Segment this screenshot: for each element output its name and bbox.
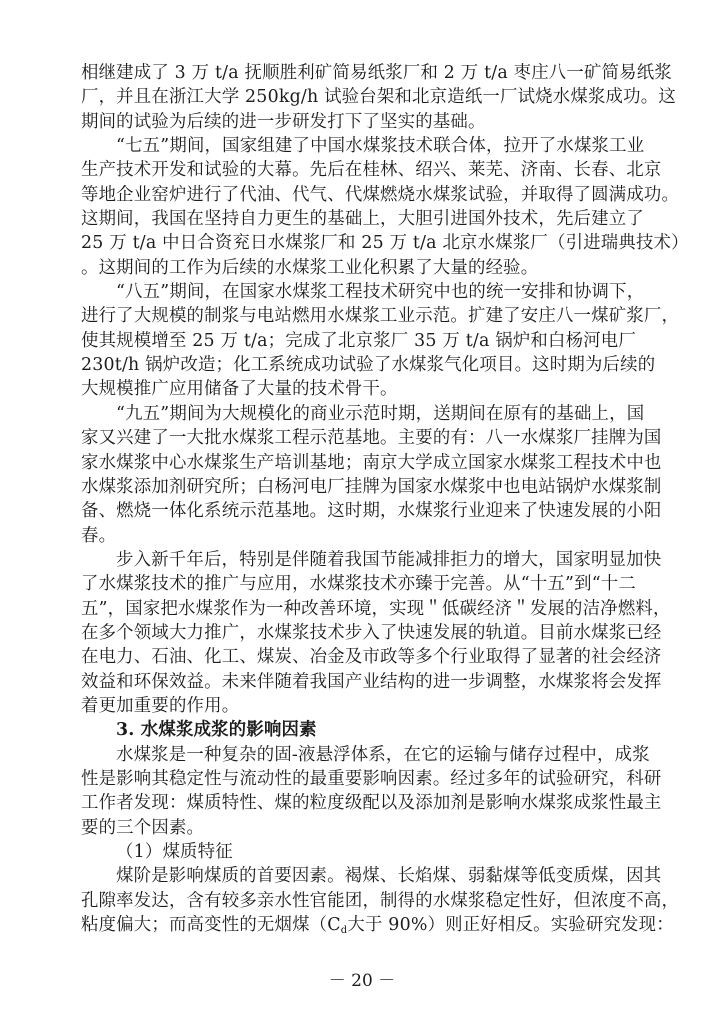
text-line: 备、燃烧一体化系统示范基地。这时期，水煤浆行业迎来了快速发展的小阳 [81,499,643,523]
paragraph-start-new-millennium: 步入新千年后，特别是伴随着我国节能减排拒力的增大，国家明显加快 [81,548,643,572]
text-line: 孔隙率发达，含有较多亲水性官能团，制得的水煤浆稳定性好，但浓度不高， [81,889,643,913]
text-line: 家又兴建了一大批水煤浆工程示范基地。主要的有：八一水煤浆厂挂牌为国 [81,426,643,450]
text-line: 工作者发现：煤质特性、煤的粒度级配以及添加剂是影响水煤浆成浆性最主 [81,791,643,815]
text-line-with-subscript: 粘度偏大；而高变性的无烟煤（Cd大于 90%）则正好相反。实验研究发现： [81,913,643,937]
text-line: 家水煤浆中心水煤浆生产培训基地；南京大学成立国家水煤浆工程技术中也 [81,451,643,475]
text-line: 着更加重要的作用。 [81,694,643,718]
subsection-heading: （1）煤质特征 [81,840,643,864]
section-heading: 3. 水煤浆成浆的影响因素 [81,718,643,742]
text-line: 230t/h 锅炉改造；化工系统成功试验了水煤浆气化项目。这时期为后续的 [81,353,643,377]
text-line: 春。 [81,524,643,548]
text-line: 生产技术开发和试验的大幕。先后在桂林、绍兴、莱芜、济南、长春、北京 [81,158,643,182]
text-line: 在电力、石油、化工、煤炭、冶金及市政等多个行业取得了显著的社会经济 [81,645,643,669]
text-line: 效益和环保效益。未来伴随着我国产业结构的进一步调整，水煤浆将会发挥 [81,670,643,694]
paragraph-start-coal-rank: 煤阶是影响煤质的首要因素。褐煤、长焰煤、弱黏煤等低变质煤，因其 [81,864,643,888]
text-line: 水煤浆添加剂研究所；白杨河电厂挂牌为国家水煤浆中也电站锅炉水煤浆制 [81,475,643,499]
text-fragment: 粘度偏大；而高变性的无烟煤（C [81,915,341,935]
paragraph-start-qiwu: “七五”期间，国家组建了中国水煤浆技术联合体，拉开了水煤浆工业 [81,134,643,158]
text-line: 五”，国家把水煤浆作为一种改善环境，实现＂低碳经济＂发展的洁净燃料， [81,597,643,621]
paragraph-start-slurry: 水煤浆是一种复杂的固-液悬浮体系，在它的运输与储存过程中，成浆 [81,743,643,767]
text-line: 期间的试验为后续的进一步研发打下了坚实的基础。 [81,110,643,134]
text-fragment: 大于 90%）则正好相反。实验研究发现： [347,915,673,935]
text-line: 进行了大规模的制浆与电站燃用水煤浆工业示范。扩建了安庄八一煤矿浆厂， [81,304,643,328]
paragraph-start-bawu: “八五”期间，在国家水煤浆工程技术研究中也的统一安排和协调下， [81,280,643,304]
text-line: 相继建成了 3 万 t/a 抚顺胜利矿简易纸浆厂和 2 万 t/a 枣庄八一矿简… [81,61,643,85]
page-number: － 20 － [0,966,724,991]
text-line: 。这期间的工作为后续的水煤浆工业化积累了大量的经验。 [81,256,643,280]
text-line: 要的三个因素。 [81,816,643,840]
text-line: 厂，并且在浙江大学 250kg/h 试验台架和北京造纸一厂试烧水煤浆成功。这 [81,85,643,109]
text-line: 这期间，我国在坚持自力更生的基础上，大胆引进国外技术，先后建立了 [81,207,643,231]
text-line: 等地企业窑炉进行了代油、代气、代煤燃烧水煤浆试验，并取得了圆满成功。 [81,183,643,207]
text-line: 25 万 t/a 中日合资兖日水煤浆厂和 25 万 t/a 北京水煤浆厂（引进瑞… [81,231,643,255]
text-line: 性是影响其稳定性与流动性的最重要影响因素。经过多年的试验研究，科研 [81,767,643,791]
document-page: 相继建成了 3 万 t/a 抚顺胜利矿简易纸浆厂和 2 万 t/a 枣庄八一矿简… [81,61,643,937]
paragraph-start-jiuwu: “九五”期间为大规模化的商业示范时期，送期间在原有的基础上，国 [81,402,643,426]
text-line: 使其规模增至 25 万 t/a；完成了北京浆厂 35 万 t/a 锅炉和白杨河电… [81,329,643,353]
text-line: 大规模推广应用储备了大量的技术骨干。 [81,377,643,401]
text-line: 了水煤浆技术的推广与应用，水煤浆技术亦臻于完善。从“十五”到“十二 [81,572,643,596]
text-line: 在多个领域大力推广，水煤浆技术步入了快速发展的轨道。目前水煤浆已经 [81,621,643,645]
